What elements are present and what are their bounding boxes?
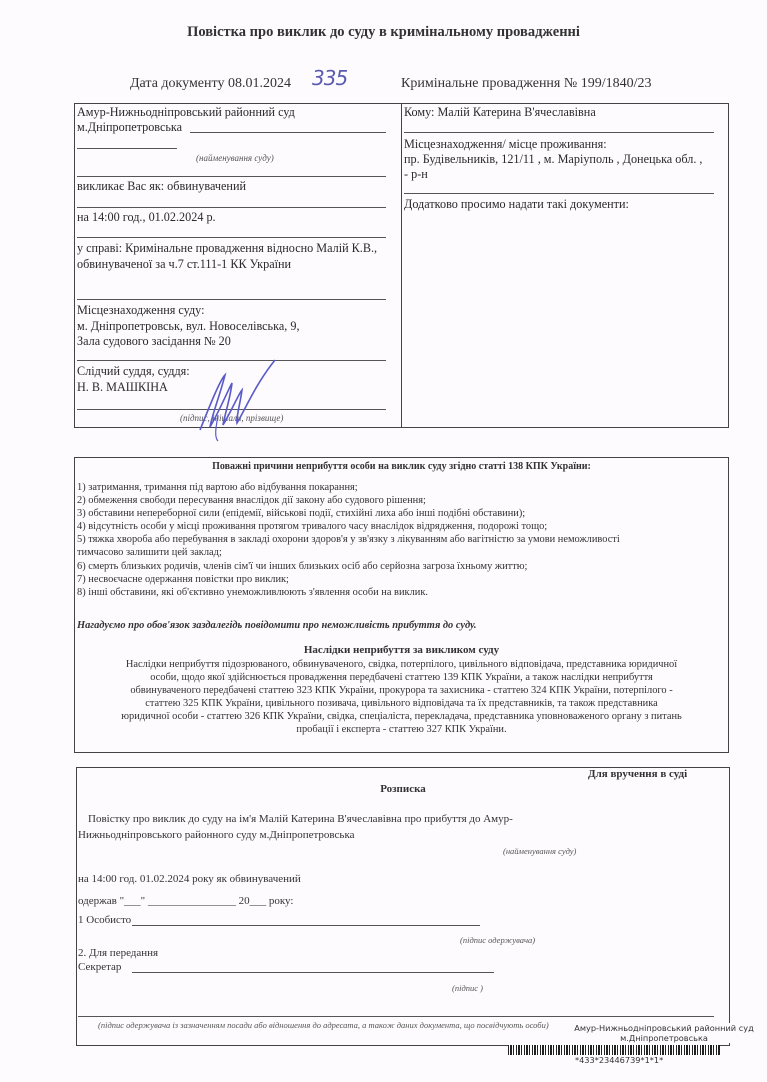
document-date: Дата документу 08.01.2024 (130, 76, 291, 92)
consequences-heading: Наслідки неприбуття за викликом суду (74, 644, 729, 657)
reason-item: 4) відсутність особи у місці проживання … (77, 520, 620, 533)
residence-address: пр. Будівельників, 121/11 , м. Маріуполь… (404, 152, 702, 167)
reason-item: 1) затримання, тримання під вартою або в… (77, 481, 620, 494)
personal-signature-field[interactable] (132, 925, 480, 926)
receipt-time: на 14:00 год. 01.02.2024 року як обвинув… (78, 873, 301, 886)
receipt-corner-label: Для вручення в суді (588, 768, 687, 781)
for-transfer-label: 2. Для передання (78, 947, 158, 960)
underline (404, 132, 714, 133)
case-number: Кримінальне провадження № 199/1840/23 (401, 76, 652, 92)
consequences-line: особи, щодо якої здійснюється провадженн… (74, 671, 729, 684)
reason-item: тимчасово залишити цей заклад; (77, 546, 620, 559)
reason-item: 6) смерть близьких родичів, членів сім'ї… (77, 560, 620, 573)
stamp-court-city: м.Дніпропетровська (560, 1033, 767, 1043)
receipt-text-line1: Повістку про виклик до суду на ім'я Малі… (88, 813, 513, 826)
case-description-line1: у справі: Кримінальне провадження віднос… (77, 241, 377, 256)
residence-district: - р-н (404, 167, 428, 182)
reasons-list: 1) затримання, тримання під вартою або в… (77, 481, 620, 599)
consequences-text: Наслідки неприбуття підозрюваного, обвин… (74, 658, 729, 737)
consequences-line: обвинуваченого передбачені статтею 323 К… (74, 684, 729, 697)
court-city: м.Дніпропетровська (77, 120, 182, 135)
reason-item: 7) несвоєчасне одержання повістки про ви… (77, 573, 620, 586)
barcode-icon (508, 1045, 720, 1055)
judge-signature-icon (190, 355, 280, 445)
summons-role: викликає Вас як: обвинувачений (77, 179, 246, 194)
personally-label: 1 Особисто (78, 914, 131, 927)
underline (77, 299, 386, 300)
consequences-line: статтею 325 КПК України, цивільного пози… (74, 697, 729, 710)
court-name: Амур-Нижньодніпровський районний суд (77, 105, 295, 120)
secretary-label: Секретар (78, 961, 121, 974)
receipt-footer-hint: (підпис одержувача із зазначенням посади… (98, 1020, 549, 1030)
hearing-time: на 14:00 год., 01.02.2024 р. (77, 210, 216, 225)
recipient-signature-hint: (підпис одержувача) (460, 935, 535, 945)
underline (77, 176, 386, 177)
courtroom: Зала судового засідання № 20 (77, 334, 231, 349)
residence-label: Місцезнаходження/ місце проживання: (404, 137, 607, 152)
reason-item: 5) тяжка хвороба або перебування в закла… (77, 533, 620, 546)
underline (404, 193, 714, 194)
judge-name: Н. В. МАШКІНА (77, 380, 168, 395)
court-location-label: Місцезнаходження суду: (77, 303, 205, 318)
stamp-court-name: Амур-Нижньодніпровський районний суд (560, 1023, 767, 1033)
underline (77, 237, 386, 238)
underline (77, 207, 386, 208)
receipt-text-line2: Нижньодніпровського районного суду м.Дні… (78, 829, 355, 842)
barcode-number: *433*23446739*1*1* (575, 1055, 663, 1065)
reasons-heading: Поважні причини неприбуття особи на викл… (74, 460, 729, 473)
court-name-hint: (найменування суду) (196, 153, 274, 163)
consequences-line: юридичної особи - статтею 326 КПК Україн… (74, 710, 729, 723)
handwritten-number: 335 (312, 66, 347, 90)
received-date-field[interactable]: одержав "___" ________________ 20___ рок… (78, 895, 293, 908)
underline (78, 1016, 714, 1017)
consequences-line: Наслідки неприбуття підозрюваного, обвин… (74, 658, 729, 671)
receipt-title: Розписка (76, 783, 730, 796)
receipt-court-hint: (найменування суду) (503, 846, 576, 856)
secretary-signature-hint: (підпис ) (452, 983, 483, 993)
reason-item: 3) обставини непереборної сили (епідемії… (77, 507, 620, 520)
case-description-line2: обвинуваченої за ч.7 ст.111-1 КК України (77, 257, 291, 272)
document-title: Повістка про виклик до суду в кримінальн… (0, 24, 767, 41)
consequences-line: пробації і експерта - статтею 327 КПК Ук… (74, 723, 729, 736)
secretary-signature-field[interactable] (132, 972, 494, 973)
underline (77, 148, 177, 149)
reminder-note: Нагадуємо про обов'язок заздалегідь пові… (77, 619, 477, 632)
recipient-name: Кому: Малій Катерина В'ячеславівна (404, 105, 596, 120)
reason-item: 8) інші обставини, які об'єктивно унемож… (77, 586, 620, 599)
underline (190, 132, 386, 133)
court-address: м. Дніпропетровськ, вул. Новоселівська, … (77, 319, 300, 334)
documents-request: Додатково просимо надати такі документи: (404, 197, 629, 212)
judge-label: Слідчий суддя, суддя: (77, 364, 190, 379)
reason-item: 2) обмеження свободи пересування внаслід… (77, 494, 620, 507)
court-stamp: Амур-Нижньодніпровський районний суд м.Д… (560, 1023, 767, 1043)
